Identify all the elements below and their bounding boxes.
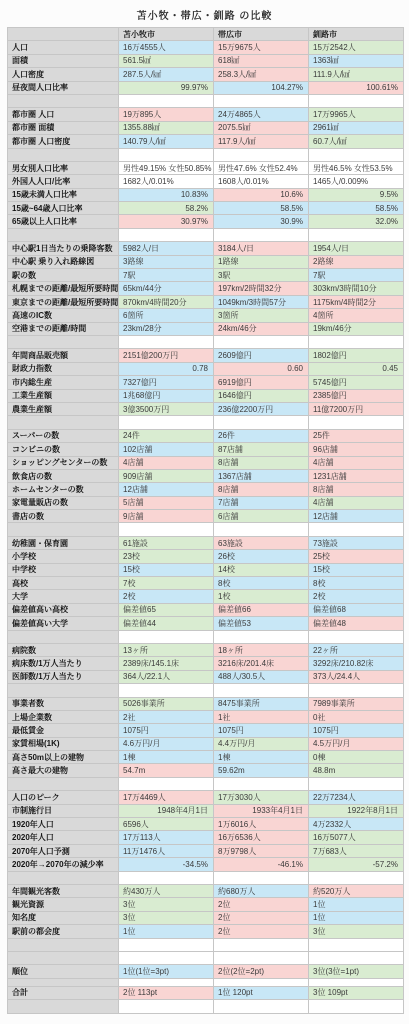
value-cell: 2151億200万円 <box>119 349 214 362</box>
blank-row <box>8 938 404 951</box>
value-cell: 8校 <box>214 577 309 590</box>
table-row: 外国人人口/比率1682人/0.01%1608人/0.01%1465人/0.00… <box>8 175 404 188</box>
row-label: 高さ50m以上の建物 <box>8 751 119 764</box>
row-label: 都市圏 面積 <box>8 121 119 134</box>
value-cell: 2位(2位=2pt) <box>214 965 309 978</box>
value-cell <box>214 777 309 790</box>
value-cell: 1682人/0.01% <box>119 175 214 188</box>
value-cell: 1万6016人 <box>214 818 309 831</box>
value-cell: 10.6% <box>214 188 309 201</box>
row-label: 高速のIC数 <box>8 309 119 322</box>
table-row: 順位1位(1位=3pt)2位(2位=2pt)3位(3位=1pt) <box>8 965 404 978</box>
blank-row <box>8 94 404 107</box>
value-cell <box>214 1000 309 1013</box>
value-cell <box>309 148 404 161</box>
value-cell: 24km/46分 <box>214 322 309 335</box>
value-cell: 3位 <box>119 898 214 911</box>
table-row: 病床数/1万人当たり2389床/145.1床3216床/201.4床3292床/… <box>8 657 404 670</box>
table-row: 高校7校8校8校 <box>8 577 404 590</box>
table-row: 中学校15校14校15校 <box>8 563 404 576</box>
table-row: ホームセンターの数12店舗8店舗8店舗 <box>8 483 404 496</box>
table-row: 合計2位 113pt1位 120pt3位 109pt <box>8 986 404 999</box>
value-cell: 16万5077人 <box>309 831 404 844</box>
value-cell: 1175km/4時間2分 <box>309 295 404 308</box>
blank-row <box>8 951 404 964</box>
value-cell: 17万113人 <box>119 831 214 844</box>
row-label: 都市圏 人口密度 <box>8 135 119 148</box>
table-row: 偏差値高い高校偏差値65偏差値66偏差値68 <box>8 603 404 616</box>
table-row: 65歳以上人口比率30.97%30.9%32.0% <box>8 215 404 228</box>
value-cell: 2位 <box>214 911 309 924</box>
value-cell: 30.9% <box>214 215 309 228</box>
value-cell: 140.79人/㎢ <box>119 135 214 148</box>
value-cell: 58.2% <box>119 202 214 215</box>
value-cell: 287.5人/㎢ <box>119 68 214 81</box>
value-cell: 15校 <box>309 563 404 576</box>
row-label-empty <box>8 871 119 884</box>
value-cell: -46.1% <box>214 858 309 871</box>
row-label: 順位 <box>8 965 119 978</box>
row-label: 飲食店の数 <box>8 469 119 482</box>
value-cell: 3位 109pt <box>309 986 404 999</box>
value-cell <box>214 416 309 429</box>
row-label-empty <box>8 228 119 241</box>
table-row: 中心駅1日当たりの乗降客数5982人/日3184人/日1954人/日 <box>8 242 404 255</box>
value-cell: 10.83% <box>119 188 214 201</box>
value-cell: 7店舗 <box>214 496 309 509</box>
row-label: 知名度 <box>8 911 119 924</box>
table-row: 最低賃金1075円1075円1075円 <box>8 724 404 737</box>
table-row: 1920年人口6596人1万6016人4万2332人 <box>8 818 404 831</box>
value-cell: 3位 <box>119 911 214 924</box>
value-cell: 61施設 <box>119 536 214 549</box>
value-cell <box>214 148 309 161</box>
value-cell: 65km/44分 <box>119 282 214 295</box>
blank-row <box>8 148 404 161</box>
value-cell <box>119 978 214 986</box>
value-cell: 3位 <box>309 925 404 938</box>
value-cell <box>309 94 404 107</box>
value-cell: 1922年8月1日 <box>309 804 404 817</box>
header-row: 苫小牧市 帯広市 釧路市 <box>8 28 404 41</box>
table-row: 東京までの距離/最短所要時間870km/4時間20分1049km/3時間57分1… <box>8 295 404 308</box>
row-label: 年間観光客数 <box>8 885 119 898</box>
row-label: 書店の数 <box>8 510 119 523</box>
value-cell: 26件 <box>214 429 309 442</box>
value-cell: 2961㎢ <box>309 121 404 134</box>
value-cell: 30.97% <box>119 215 214 228</box>
value-cell: 58.5% <box>309 202 404 215</box>
value-cell: 24件 <box>119 429 214 442</box>
value-cell: 258.3人/㎢ <box>214 68 309 81</box>
value-cell: 1075円 <box>309 724 404 737</box>
blank-row <box>8 523 404 536</box>
row-label: 高校 <box>8 577 119 590</box>
row-label-empty <box>8 335 119 348</box>
value-cell: 2075.5㎢ <box>214 121 309 134</box>
table-row: 人口16万4555人15万9675人15万2542人 <box>8 41 404 54</box>
value-cell: 14校 <box>214 563 309 576</box>
value-cell: 111.9人/㎢ <box>309 68 404 81</box>
table-row: 高さ最大の建物54.7m59.62m48.8m <box>8 764 404 777</box>
value-cell: -57.2% <box>309 858 404 871</box>
table-row: 都市圏 面積1355.88㎢2075.5㎢2961㎢ <box>8 121 404 134</box>
table-row: 15歳~64歳人口比率58.2%58.5%58.5% <box>8 202 404 215</box>
table-row: 空港までの距離/時間23km/28分24km/46分19km/46分 <box>8 322 404 335</box>
table-row: 農業生産額3億3500万円236億2200万円11億7200万円 <box>8 402 404 415</box>
value-cell: 58.5% <box>214 202 309 215</box>
value-cell: 4店舗 <box>119 456 214 469</box>
row-label: ホームセンターの数 <box>8 483 119 496</box>
value-cell: 1363㎢ <box>309 54 404 67</box>
row-label: 駅の数 <box>8 269 119 282</box>
table-row: 年間商品販売額2151億200万円2609億円1802億円 <box>8 349 404 362</box>
value-cell: 2位 <box>214 898 309 911</box>
header-corner-cell <box>8 28 119 41</box>
value-cell: 3位(3位=1pt) <box>309 965 404 978</box>
value-cell <box>119 523 214 536</box>
row-label: 中学校 <box>8 563 119 576</box>
value-cell: 3駅 <box>214 269 309 282</box>
value-cell: 6596人 <box>119 818 214 831</box>
table-row: 財政力指数0.780.600.45 <box>8 362 404 375</box>
value-cell: -34.5% <box>119 858 214 871</box>
value-cell: 22万7234人 <box>309 791 404 804</box>
value-cell <box>214 228 309 241</box>
value-cell: 1954人/日 <box>309 242 404 255</box>
row-label-empty <box>8 148 119 161</box>
value-cell: 2位 <box>214 925 309 938</box>
table-row: 高速のIC数6箇所3箇所4箇所 <box>8 309 404 322</box>
value-cell: 4.5万円/月 <box>309 737 404 750</box>
value-cell: 偏差値53 <box>214 617 309 630</box>
table-row: 2070年人口予測11万1476人8万9798人7万683人 <box>8 844 404 857</box>
value-cell: 96店舗 <box>309 443 404 456</box>
value-cell: 2389床/145.1床 <box>119 657 214 670</box>
value-cell: 4万2332人 <box>309 818 404 831</box>
row-label: 1920年人口 <box>8 818 119 831</box>
value-cell: 男性46.5% 女性53.5% <box>309 161 404 174</box>
value-cell: 0社 <box>309 710 404 723</box>
value-cell: 男性49.15% 女性50.85% <box>119 161 214 174</box>
value-cell <box>214 938 309 951</box>
value-cell: 25校 <box>309 550 404 563</box>
value-cell: 6箇所 <box>119 309 214 322</box>
table-row: 小学校23校26校25校 <box>8 550 404 563</box>
value-cell: 偏差値68 <box>309 603 404 616</box>
value-cell: 13ヶ所 <box>119 643 214 656</box>
row-label: 都市圏 人口 <box>8 108 119 121</box>
row-label: 人口 <box>8 41 119 54</box>
table-row: 15歳未満人口比率10.83%10.6%9.5% <box>8 188 404 201</box>
value-cell <box>119 938 214 951</box>
blank-row <box>8 416 404 429</box>
value-cell: 1社 <box>214 710 309 723</box>
column-header-obihiro: 帯広市 <box>214 28 309 41</box>
value-cell: 1646億円 <box>214 389 309 402</box>
value-cell: 1802億円 <box>309 349 404 362</box>
table-row: 駅の数7駅3駅7駅 <box>8 269 404 282</box>
row-label: 年間商品販売額 <box>8 349 119 362</box>
value-cell <box>214 978 309 986</box>
value-cell: 1棟 <box>119 751 214 764</box>
table-row: 市制施行日1948年4月1日1933年4月1日1922年8月1日 <box>8 804 404 817</box>
value-cell: 偏差値44 <box>119 617 214 630</box>
value-cell <box>119 951 214 964</box>
value-cell: 9.5% <box>309 188 404 201</box>
table-row: 2020年人口17万113人16万6536人16万5077人 <box>8 831 404 844</box>
page-title: 苫小牧・帯広・釧路 の比較 <box>0 0 409 27</box>
table-row: 観光資源3位2位1位 <box>8 898 404 911</box>
value-cell: 73施設 <box>309 536 404 549</box>
value-cell: 7万683人 <box>309 844 404 857</box>
value-cell <box>214 684 309 697</box>
row-label: 上場企業数 <box>8 710 119 723</box>
table-row: 飲食店の数909店舗1367店舗1231店舗 <box>8 469 404 482</box>
value-cell: 60.7人/㎢ <box>309 135 404 148</box>
value-cell: 偏差値66 <box>214 603 309 616</box>
value-cell: 25件 <box>309 429 404 442</box>
value-cell: 1棟 <box>214 751 309 764</box>
value-cell: 5745億円 <box>309 376 404 389</box>
value-cell <box>214 523 309 536</box>
table-row: 幼稚園・保育園61施設63施設73施設 <box>8 536 404 549</box>
row-label: 病院数 <box>8 643 119 656</box>
row-label: 人口密度 <box>8 68 119 81</box>
value-cell: 17万4469人 <box>119 791 214 804</box>
value-cell: 16万4555人 <box>119 41 214 54</box>
row-label-empty <box>8 416 119 429</box>
value-cell: 偏差値65 <box>119 603 214 616</box>
row-label: 男女別人口比率 <box>8 161 119 174</box>
value-cell <box>309 523 404 536</box>
value-cell: 1位 120pt <box>214 986 309 999</box>
row-label: 2020年人口 <box>8 831 119 844</box>
value-cell <box>119 871 214 884</box>
row-label: 東京までの距離/最短所要時間 <box>8 295 119 308</box>
value-cell: 0棟 <box>309 751 404 764</box>
row-label: コンビニの数 <box>8 443 119 456</box>
value-cell: 22ヶ所 <box>309 643 404 656</box>
value-cell: 2校 <box>119 590 214 603</box>
table-row: 2020年→2070年の減少率-34.5%-46.1%-57.2% <box>8 858 404 871</box>
row-label-empty <box>8 630 119 643</box>
table-row: 家賃相場(1K)4.6万円/月4.4万円/月4.5万円/月 <box>8 737 404 750</box>
value-cell: 99.97% <box>119 81 214 94</box>
row-label: 財政力指数 <box>8 362 119 375</box>
table-row: 上場企業数2社1社0社 <box>8 710 404 723</box>
value-cell: 197km/2時間32分 <box>214 282 309 295</box>
table-row: ショッピングセンターの数4店舗8店舗4店舗 <box>8 456 404 469</box>
value-cell <box>309 684 404 697</box>
value-cell: 1948年4月1日 <box>119 804 214 817</box>
value-cell: 15校 <box>119 563 214 576</box>
table-row: 男女別人口比率男性49.15% 女性50.85%男性47.6% 女性52.4%男… <box>8 161 404 174</box>
value-cell: 117.9人/㎢ <box>214 135 309 148</box>
value-cell: 8校 <box>309 577 404 590</box>
row-label-empty <box>8 938 119 951</box>
value-cell: 1位 <box>309 911 404 924</box>
table-row: 事業者数5026事業所8475事業所7989事業所 <box>8 697 404 710</box>
value-cell: 0.78 <box>119 362 214 375</box>
row-label: 偏差値高い高校 <box>8 603 119 616</box>
row-label: 病床数/1万人当たり <box>8 657 119 670</box>
value-cell: 0.60 <box>214 362 309 375</box>
table-row: 大学2校1校2校 <box>8 590 404 603</box>
row-label: 幼稚園・保育園 <box>8 536 119 549</box>
row-label: 2020年→2070年の減少率 <box>8 858 119 871</box>
row-label: 大学 <box>8 590 119 603</box>
value-cell: 1231店舗 <box>309 469 404 482</box>
row-label: 昼夜間人口比率 <box>8 81 119 94</box>
value-cell: 約430万人 <box>119 885 214 898</box>
value-cell <box>309 871 404 884</box>
table-row: 偏差値高い大学偏差値44偏差値53偏差値48 <box>8 617 404 630</box>
value-cell: 59.62m <box>214 764 309 777</box>
value-cell: 26校 <box>214 550 309 563</box>
value-cell: 54.7m <box>119 764 214 777</box>
value-cell <box>119 630 214 643</box>
value-cell: 4.6万円/月 <box>119 737 214 750</box>
value-cell: 4.4万円/月 <box>214 737 309 750</box>
row-label: 観光資源 <box>8 898 119 911</box>
value-cell: 3184人/日 <box>214 242 309 255</box>
row-label: スーパーの数 <box>8 429 119 442</box>
value-cell: 1465人/0.009% <box>309 175 404 188</box>
value-cell: 男性47.6% 女性52.4% <box>214 161 309 174</box>
value-cell <box>214 871 309 884</box>
value-cell: 3216床/201.4床 <box>214 657 309 670</box>
value-cell: 32.0% <box>309 215 404 228</box>
blank-row <box>8 335 404 348</box>
column-header-tomakomai: 苫小牧市 <box>119 28 214 41</box>
value-cell: 1049km/3時間57分 <box>214 295 309 308</box>
value-cell: 18ヶ所 <box>214 643 309 656</box>
table-row: 知名度3位2位1位 <box>8 911 404 924</box>
blank-row <box>8 978 404 986</box>
row-label: 家賃相場(1K) <box>8 737 119 750</box>
value-cell: 4箇所 <box>309 309 404 322</box>
value-cell: 8店舗 <box>309 483 404 496</box>
value-cell: 104.27% <box>214 81 309 94</box>
table-row: 都市圏 人口密度140.79人/㎢117.9人/㎢60.7人/㎢ <box>8 135 404 148</box>
value-cell: 2位 113pt <box>119 986 214 999</box>
value-cell: 8店舗 <box>214 456 309 469</box>
table-row: 市内総生産7327億円6919億円5745億円 <box>8 376 404 389</box>
value-cell: 3292床/210.82床 <box>309 657 404 670</box>
row-label: 高さ最大の建物 <box>8 764 119 777</box>
row-label: 偏差値高い大学 <box>8 617 119 630</box>
blank-row <box>8 684 404 697</box>
value-cell: 63施設 <box>214 536 309 549</box>
value-cell: 909店舗 <box>119 469 214 482</box>
table-row: 都市圏 人口19万895人24万4865人17万9965人 <box>8 108 404 121</box>
row-label: 駅前の都会度 <box>8 925 119 938</box>
row-label: 2070年人口予測 <box>8 844 119 857</box>
value-cell: 24万4865人 <box>214 108 309 121</box>
row-label: ショッピングセンターの数 <box>8 456 119 469</box>
row-label: 事業者数 <box>8 697 119 710</box>
value-cell <box>309 951 404 964</box>
table-row: 年間観光客数約430万人約680万人約520万人 <box>8 885 404 898</box>
row-label: 農業生産額 <box>8 402 119 415</box>
value-cell: 8店舗 <box>214 483 309 496</box>
value-cell <box>119 1000 214 1013</box>
row-label: 工業生産額 <box>8 389 119 402</box>
row-label-empty <box>8 978 119 986</box>
value-cell: 8万9798人 <box>214 844 309 857</box>
row-label-empty <box>8 523 119 536</box>
value-cell: 15万2542人 <box>309 41 404 54</box>
value-cell: 偏差値48 <box>309 617 404 630</box>
value-cell: 1兆68億円 <box>119 389 214 402</box>
value-cell: 2路線 <box>309 255 404 268</box>
value-cell: 1355.88㎢ <box>119 121 214 134</box>
comparison-table: 苫小牧市 帯広市 釧路市 人口16万4555人15万9675人15万2542人面… <box>7 27 404 1014</box>
table-row: 工業生産額1兆68億円1646億円2385億円 <box>8 389 404 402</box>
value-cell: 6店舗 <box>214 510 309 523</box>
value-cell: 2校 <box>309 590 404 603</box>
value-cell: 1075円 <box>119 724 214 737</box>
value-cell: 12店舗 <box>309 510 404 523</box>
value-cell: 23校 <box>119 550 214 563</box>
value-cell: 4店舗 <box>309 456 404 469</box>
row-label: 外国人人口/比率 <box>8 175 119 188</box>
blank-row <box>8 228 404 241</box>
value-cell: 19万895人 <box>119 108 214 121</box>
value-cell <box>309 978 404 986</box>
value-cell: 488人/30.5人 <box>214 670 309 683</box>
table-row: 駅前の都会度1位2位3位 <box>8 925 404 938</box>
table-row: 家電量販店の数5店舗7店舗4店舗 <box>8 496 404 509</box>
value-cell: 9店舗 <box>119 510 214 523</box>
value-cell: 618㎢ <box>214 54 309 67</box>
row-label-empty <box>8 94 119 107</box>
table-row: 人口のピーク17万4469人17万3030人22万7234人 <box>8 791 404 804</box>
value-cell: 約520万人 <box>309 885 404 898</box>
value-cell <box>119 684 214 697</box>
table-row: 病院数13ヶ所18ヶ所22ヶ所 <box>8 643 404 656</box>
value-cell: 100.61% <box>309 81 404 94</box>
value-cell: 16万6536人 <box>214 831 309 844</box>
value-cell: 5982人/日 <box>119 242 214 255</box>
table-row: 人口密度287.5人/㎢258.3人/㎢111.9人/㎢ <box>8 68 404 81</box>
table-row: 札幌までの距離/最短所要時間65km/44分197km/2時間32分303km/… <box>8 282 404 295</box>
blank-row <box>8 630 404 643</box>
value-cell <box>119 777 214 790</box>
value-cell: 1位(1位=3pt) <box>119 965 214 978</box>
value-cell: 87店舗 <box>214 443 309 456</box>
value-cell: 1933年4月1日 <box>214 804 309 817</box>
value-cell: 7駅 <box>309 269 404 282</box>
value-cell: 23km/28分 <box>119 322 214 335</box>
value-cell <box>214 951 309 964</box>
row-label-empty <box>8 951 119 964</box>
row-label-empty <box>8 684 119 697</box>
value-cell: 2609億円 <box>214 349 309 362</box>
row-label-empty <box>8 1000 119 1013</box>
row-label: 合計 <box>8 986 119 999</box>
row-label: 65歳以上人口比率 <box>8 215 119 228</box>
row-label: 15歳未満人口比率 <box>8 188 119 201</box>
value-cell: 1367店舗 <box>214 469 309 482</box>
table-row: 昼夜間人口比率99.97%104.27%100.61% <box>8 81 404 94</box>
row-label: 最低賃金 <box>8 724 119 737</box>
value-cell: 17万3030人 <box>214 791 309 804</box>
value-cell <box>119 228 214 241</box>
value-cell: 303km/3時間10分 <box>309 282 404 295</box>
table-row: スーパーの数24件26件25件 <box>8 429 404 442</box>
